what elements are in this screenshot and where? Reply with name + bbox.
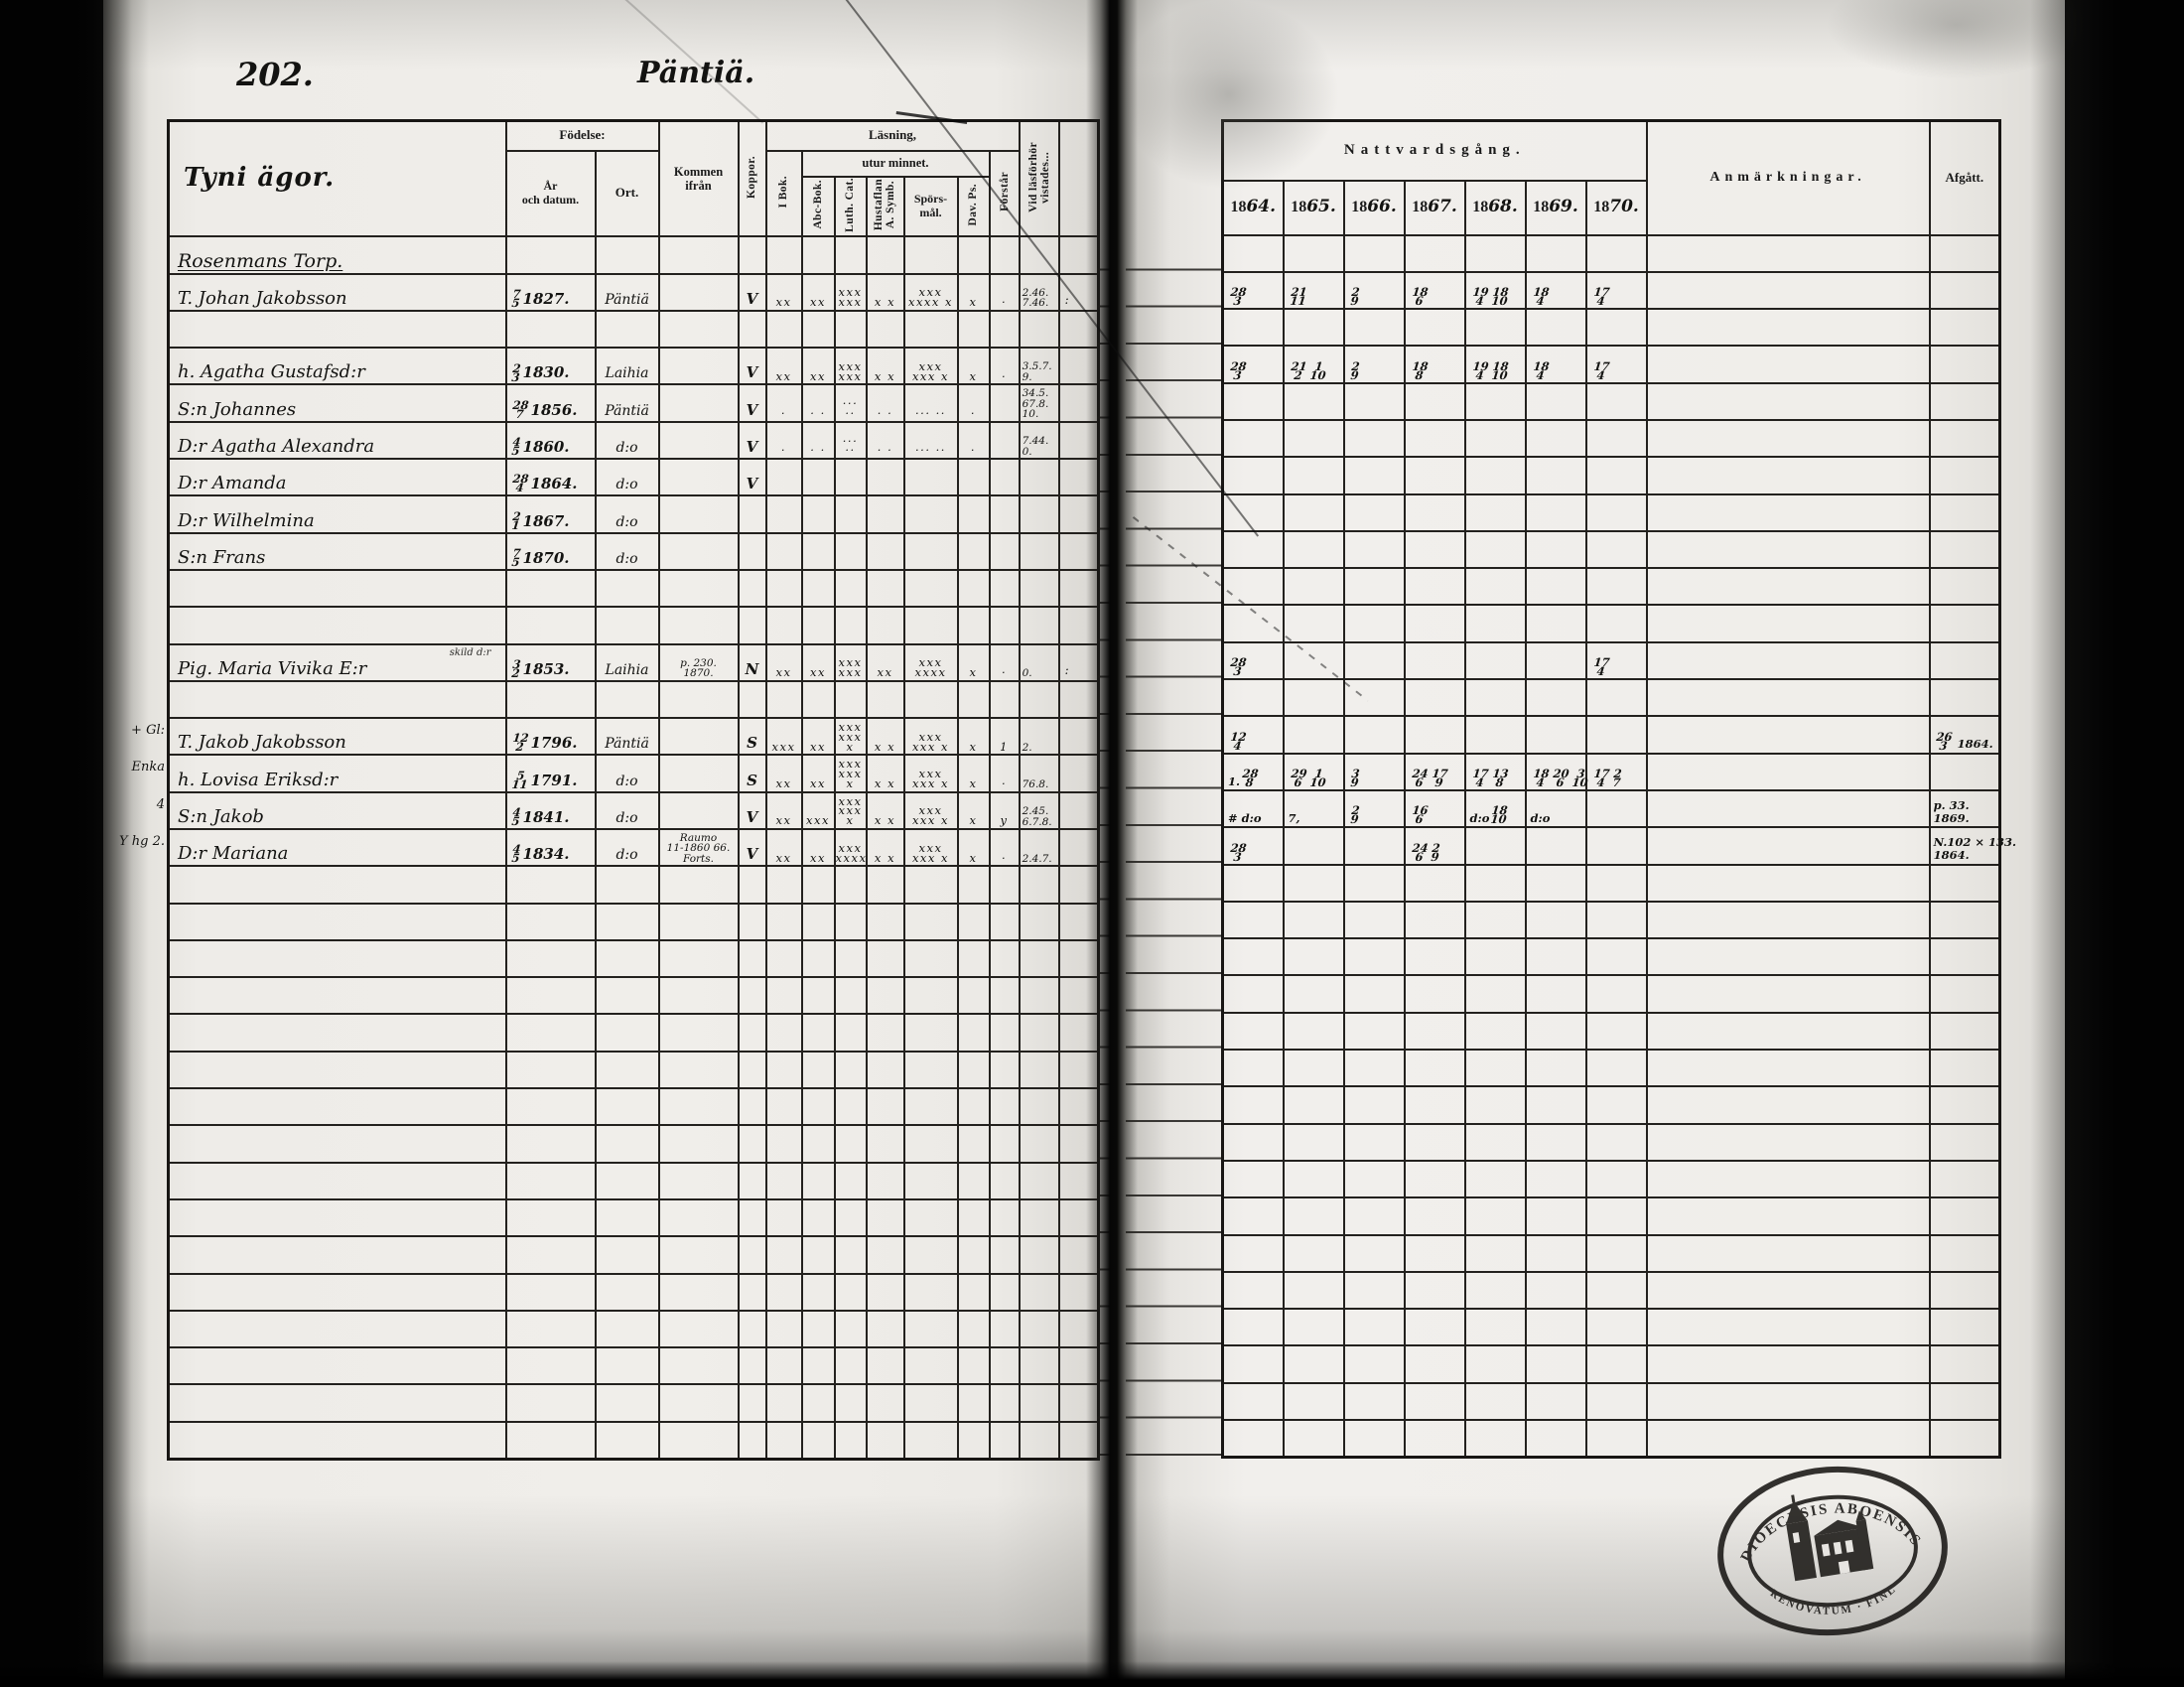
abc-book-header: Abc-Bok.: [802, 177, 835, 237]
handwritten-line: d:o1810: [1470, 806, 1525, 824]
handwritten-line: ··: [836, 446, 866, 456]
communion-cell: [1405, 1197, 1465, 1234]
handwritten-line: x: [959, 668, 989, 678]
reading-mark-cell: xxxxxxx x: [904, 274, 958, 311]
reading-mark-cell: [835, 1088, 867, 1125]
communion-cell: [1465, 383, 1526, 420]
communion-cell: [1586, 938, 1647, 975]
table-row: skild d:rPig. Maria Vivika E:r321853.Lai…: [169, 644, 1099, 681]
communion-cell: [1586, 865, 1647, 902]
scan-edge-right: [2030, 0, 2184, 1687]
communion-cell: 184206310: [1526, 754, 1586, 790]
handwritten-text: 186: [1410, 289, 1430, 308]
smallpox-cell: V: [739, 459, 766, 495]
smallpox-cell: [739, 681, 766, 718]
year-header: 1865.: [1284, 181, 1344, 235]
date-fraction: 212: [1290, 362, 1307, 380]
date-fraction: 110: [1309, 362, 1327, 380]
reading-mark-cell: [867, 1311, 904, 1347]
handwritten-line: 124: [1228, 733, 1283, 751]
handwritten-line: 184: [1531, 288, 1585, 306]
date-fraction: 1810: [1491, 362, 1509, 380]
reading-mark-cell: ·: [958, 422, 990, 459]
birth-date-cell: [506, 1014, 596, 1051]
communion-cell: # d:o: [1223, 790, 1284, 827]
remark-cell: [1647, 1345, 1930, 1382]
date-fraction: 75: [511, 549, 521, 567]
smallpox-cell: V: [739, 422, 766, 459]
communion-cell: [1586, 494, 1647, 531]
left-table-header: Tyni ägor. Födelse: Kommen ifrån Koppor.…: [169, 121, 1099, 237]
date-fraction: 29: [1350, 806, 1360, 824]
reading-mark-cell: [766, 1163, 802, 1199]
communion-cell: [1223, 1235, 1284, 1272]
reading-mark-cell: [958, 1088, 990, 1125]
come-from-cell: [659, 681, 739, 718]
handwritten-line: 7,: [1289, 809, 1343, 824]
communion-cell: [1284, 1272, 1344, 1309]
reading-mark-cell: xx: [802, 274, 835, 311]
reading-mark-cell: [835, 533, 867, 570]
smallpox-cell: [739, 1422, 766, 1459]
smallpox-cell: [739, 1274, 766, 1311]
date-fraction: 184: [1532, 362, 1550, 380]
name-cell: [169, 866, 506, 903]
handwritten-line: x: [959, 298, 989, 308]
handwritten-line: ··· ··: [905, 446, 957, 456]
reading-mark-cell: xx: [766, 792, 802, 829]
communion-cell: [1586, 827, 1647, 864]
birth-date-cell: [506, 1125, 596, 1162]
handwritten-line: x: [959, 779, 989, 789]
communion-cell: [1465, 1309, 1526, 1345]
name-cell: [169, 1052, 506, 1088]
communion-cell: [1465, 902, 1526, 938]
remark-cell: [1647, 902, 1930, 938]
birth-date-cell: [506, 1236, 596, 1273]
come-from-header: Kommen ifrån: [659, 121, 739, 237]
birth-place-cell: Päntiä: [596, 384, 659, 421]
departed-cell: [1930, 1383, 2000, 1420]
table-row: [1223, 309, 2000, 346]
come-from-cell: [659, 1014, 739, 1051]
birth-date-cell: 211867.: [506, 495, 596, 532]
handwritten-line: xx: [803, 298, 834, 308]
remark-cell: [1647, 1383, 1930, 1420]
departed-cell: [1930, 679, 2000, 716]
communion-cell: [1284, 1345, 1344, 1382]
departed-cell: [1930, 865, 2000, 902]
communion-cell: [1284, 679, 1344, 716]
birth-place-cell: [596, 1347, 659, 1384]
communion-cell: [1223, 531, 1284, 568]
communion-cell: [1586, 383, 1647, 420]
come-from-cell: p. 230.1870.: [659, 644, 739, 681]
birth-place-cell: d:o: [596, 755, 659, 791]
communion-cell: [1223, 457, 1284, 493]
departed-cell: [1930, 754, 2000, 790]
reading-mark-cell: [990, 236, 1020, 273]
smallpox-cell: [739, 236, 766, 273]
smallpox-cell: V: [739, 384, 766, 421]
name-cell: [169, 1199, 506, 1236]
communion-cell: [1526, 938, 1586, 975]
exam-note-cell: 34.5.67.8.10.: [1020, 384, 1059, 421]
communion-cell: [1344, 1272, 1405, 1309]
communion-cell: [1526, 1197, 1586, 1234]
reading-mark-cell: [867, 1052, 904, 1088]
reading-mark-cell: [990, 1199, 1020, 1236]
reading-mark-cell: [990, 311, 1020, 348]
communion-cell: [1223, 568, 1284, 605]
reading-mark-cell: [990, 384, 1020, 421]
reading-mark-cell: [904, 1199, 958, 1236]
handwritten-line: xxxx: [836, 854, 866, 864]
exam-note-cell: [1020, 459, 1059, 495]
date-fraction: 511: [511, 772, 529, 789]
exam-note-cell: [1020, 1163, 1059, 1199]
exam-note-cell: [1020, 533, 1059, 570]
reading-mark-cell: [904, 1236, 958, 1273]
date-fraction: 110: [1309, 770, 1327, 787]
communion-cell: [1586, 1161, 1647, 1197]
handwritten-line: Forts.: [660, 854, 738, 865]
date-fraction: 124: [1229, 733, 1247, 751]
communion-cell: [1405, 1086, 1465, 1123]
communion-cell: [1526, 420, 1586, 457]
reading-header: Läsning,: [766, 121, 1020, 151]
reading-mark-cell: [990, 495, 1020, 532]
reading-mark-cell: 1: [990, 718, 1020, 755]
communion-cell: [1465, 309, 1526, 346]
departed-cell: [1930, 383, 2000, 420]
left-page-table: Tyni ägor. Födelse: Kommen ifrån Koppor.…: [167, 119, 1100, 1461]
handwritten-line: xx: [767, 372, 801, 382]
reading-mark-cell: [867, 533, 904, 570]
reading-mark-cell: [835, 1347, 867, 1384]
exam-note-cell: [1020, 1088, 1059, 1125]
handwritten-line: x: [959, 743, 989, 753]
birth-place-cell: Laihia: [596, 644, 659, 681]
smallpox-cell: N: [739, 644, 766, 681]
communion-cell: [1526, 531, 1586, 568]
reading-mark-cell: [958, 904, 990, 940]
name-cell: skild d:rPig. Maria Vivika E:r: [169, 644, 506, 681]
name-cell: D:r Mariana: [169, 829, 506, 866]
communion-cell: [1405, 1013, 1465, 1050]
handwritten-line: xx: [803, 668, 834, 678]
birth-date-cell: [506, 1422, 596, 1459]
handwritten-line: 166: [1410, 806, 1464, 824]
exam-note-cell: [1020, 570, 1059, 607]
birth-date-cell: [506, 1274, 596, 1311]
birth-date-cell: 451834.: [506, 829, 596, 866]
communion-cell: [1405, 531, 1465, 568]
psalms-header-label: Dav. Ps.: [967, 184, 979, 226]
communion-cell: 124: [1223, 716, 1284, 753]
communion-cell: [1223, 420, 1284, 457]
communion-cell: [1344, 716, 1405, 753]
year-header: 1866.: [1344, 181, 1405, 235]
reading-mark-cell: [835, 1052, 867, 1088]
communion-cell: [1526, 1272, 1586, 1309]
diocese-stamp: DIOECESIS ABOENSIS RENOVATUM · FINL: [1713, 1460, 1952, 1643]
departed-cell: [1930, 1013, 2000, 1050]
reading-mark-cell: [904, 1347, 958, 1384]
reading-mark-cell: [990, 422, 1020, 459]
name-cell: D:r Wilhelmina: [169, 495, 506, 532]
reading-mark-cell: x: [958, 348, 990, 384]
handwritten-text: 23: [510, 362, 522, 381]
communion-cell: [1344, 902, 1405, 938]
communion-cell: [1344, 827, 1405, 864]
birth-place-cell: d:o: [596, 495, 659, 532]
reading-mark-cell: xxxxxxx: [835, 829, 867, 866]
handwritten-line: ··: [836, 409, 866, 419]
reading-mark-cell: [766, 1311, 802, 1347]
communion-cell: [1405, 975, 1465, 1012]
communion-cell: [1344, 1197, 1405, 1234]
date-fraction: 166: [1411, 806, 1429, 824]
reading-mark-cell: [802, 311, 835, 348]
reading-mark-cell: ·: [990, 644, 1020, 681]
reading-mark-cell: [990, 1052, 1020, 1088]
smallpox-cell: [739, 977, 766, 1014]
reading-mark-cell: [835, 940, 867, 977]
date-fraction: 194: [1471, 288, 1489, 306]
reading-mark-cell: [990, 977, 1020, 1014]
handwritten-line: ·: [991, 298, 1019, 308]
handwritten-text: 1.288: [1228, 771, 1260, 789]
table-row: [1223, 457, 2000, 493]
handwritten-line: 7.44.: [1023, 436, 1058, 447]
communion-cell: [1344, 938, 1405, 975]
exam-note-cell: [1020, 940, 1059, 977]
handwritten-line: xx: [803, 779, 834, 789]
communion-cell: [1586, 309, 1647, 346]
come-from-cell: [659, 1236, 739, 1273]
reading-mark-cell: [766, 1274, 802, 1311]
exam-note-cell: [1020, 311, 1059, 348]
reading-mark-cell: ·: [766, 422, 802, 459]
table-row: [1223, 1235, 2000, 1272]
date-fraction: 1810: [1491, 806, 1509, 824]
handwritten-line: 186: [1410, 288, 1464, 306]
birth-date-cell: 2871856.: [506, 384, 596, 421]
reading-mark-cell: xx: [766, 348, 802, 384]
remark-cell: [1647, 605, 1930, 641]
communion-cell: [1526, 1013, 1586, 1050]
communion-cell: [1465, 605, 1526, 641]
remark-cell: [1647, 1013, 1930, 1050]
departed-cell: [1930, 975, 2000, 1012]
communion-cell: [1465, 1235, 1526, 1272]
communion-cell: [1344, 531, 1405, 568]
name-cell: [169, 1311, 506, 1347]
birth-date-cell: [506, 1088, 596, 1125]
birth-date-cell: 451860.: [506, 422, 596, 459]
remark-cell: [1647, 383, 1930, 420]
year-header: 1867.: [1405, 181, 1465, 235]
smallpox-cell: [739, 1052, 766, 1088]
reading-mark-cell: [904, 495, 958, 532]
come-from-cell: [659, 1088, 739, 1125]
communion-cell: [1526, 975, 1586, 1012]
exam-note-cell: [1020, 1311, 1059, 1347]
communion-cell: [1526, 494, 1586, 531]
table-row: h. Agatha Gustafsd:r231830.LaihiaVxxxxxx…: [169, 348, 1099, 384]
handwritten-text: 39: [1349, 771, 1361, 789]
communion-cell: [1465, 1345, 1526, 1382]
departed-header: Afgått.: [1930, 121, 2000, 235]
communion-cell: [1465, 865, 1526, 902]
table-row: [169, 1384, 1099, 1421]
year-header: 1864.: [1223, 181, 1284, 235]
reading-mark-cell: [867, 607, 904, 643]
remark-cell: [1647, 1420, 1930, 1457]
birth-place-cell: d:o: [596, 422, 659, 459]
exam-note-cell: [1020, 1274, 1059, 1311]
communion-cell: 184: [1526, 272, 1586, 309]
questions-header: Spörs- mål.: [904, 177, 958, 237]
reading-mark-cell: [835, 1422, 867, 1459]
birth-place-cell: [596, 311, 659, 348]
reading-mark-cell: [904, 940, 958, 977]
handwritten-text: 174138: [1470, 771, 1510, 789]
handwritten-line: 2.45.: [1023, 806, 1058, 817]
communion-cell: [1586, 1309, 1647, 1345]
communion-cell: [1405, 457, 1465, 493]
reading-mark-cell: [867, 681, 904, 718]
communion-cell: [1284, 494, 1344, 531]
reading-mark-cell: [904, 533, 958, 570]
handwritten-line: xxxx x: [905, 298, 957, 308]
exam-attendance-header-label: Vid läsförhör vistades...: [1027, 142, 1051, 212]
remark-cell: [1647, 346, 1930, 382]
departed-cell: [1930, 1345, 2000, 1382]
communion-cell: [1284, 1420, 1344, 1457]
reading-mark-cell: [835, 1125, 867, 1162]
reading-mark-cell: ··· ··: [904, 422, 958, 459]
reading-mark-cell: [958, 607, 990, 643]
reading-mark-cell: [990, 1274, 1020, 1311]
birth-place-cell: [596, 1422, 659, 1459]
come-from-cell: [659, 348, 739, 384]
smallpox-cell: [739, 533, 766, 570]
exam-note-cell: 2.4.7.: [1020, 829, 1059, 866]
communion-cell: [1223, 1383, 1284, 1420]
reading-mark-cell: [958, 940, 990, 977]
handwritten-text: 122: [510, 733, 530, 752]
name-cell: S:n Jakob: [169, 792, 506, 829]
communion-cell: 188: [1405, 346, 1465, 382]
communion-cell: [1405, 902, 1465, 938]
departed-cell: [1930, 902, 2000, 938]
reading-mark-cell: · ·: [867, 422, 904, 459]
communion-cell: [1586, 1383, 1647, 1420]
communion-cell: [1526, 1309, 1586, 1345]
date-fraction: 246: [1411, 844, 1429, 862]
reading-mark-cell: [867, 1236, 904, 1273]
reading-mark-cell: [802, 1274, 835, 1311]
communion-cell: [1344, 1050, 1405, 1086]
communion-cell: [1526, 679, 1586, 716]
remark-cell: [1647, 272, 1930, 309]
come-from-cell: [659, 1347, 739, 1384]
table-row: [1223, 975, 2000, 1012]
right-table-header: Nattvardsgång. Anmärkningar. Afgått. 186…: [1223, 121, 2000, 235]
departed-cell: [1930, 309, 2000, 346]
table-row: [169, 1088, 1099, 1125]
reading-mark-cell: [990, 1088, 1020, 1125]
name-cell: T. Johan Jakobsson: [169, 274, 506, 311]
communion-cell: [1586, 716, 1647, 753]
departed-cell: [1930, 1309, 2000, 1345]
name-cell: h. Lovisa Eriksd:r: [169, 755, 506, 791]
communion-cell: [1586, 1013, 1647, 1050]
reading-mark-cell: ·: [958, 384, 990, 421]
reading-mark-cell: [990, 1311, 1020, 1347]
table-row: [169, 1052, 1099, 1088]
table-row: [1223, 494, 2000, 531]
table-row: [1223, 679, 2000, 716]
handwritten-line: x x: [868, 743, 903, 753]
communion-cell: [1526, 902, 1586, 938]
departed-cell: N.102 × 133.1864.: [1930, 827, 2000, 864]
reading-mark-cell: xxxxxxx: [904, 644, 958, 681]
reading-mark-cell: [835, 904, 867, 940]
handwritten-line: 1869.: [1934, 812, 1999, 825]
communion-cell: 1941810: [1465, 346, 1526, 382]
communion-header: Nattvardsgång.: [1223, 121, 1647, 181]
departed-cell: [1930, 272, 2000, 309]
date-fraction: 29: [1350, 288, 1360, 306]
table-row: [169, 607, 1099, 643]
remark-cell: [1647, 457, 1930, 493]
reading-mark-cell: [766, 1422, 802, 1459]
reading-mark-cell: [766, 459, 802, 495]
communion-cell: [1284, 716, 1344, 753]
reading-mark-cell: xxxxxx x: [904, 718, 958, 755]
table-row: [1223, 383, 2000, 420]
communion-cell: 1941810: [1465, 272, 1526, 309]
date-fraction: 45: [511, 808, 521, 826]
reading-mark-cell: [766, 607, 802, 643]
communion-cell: [1223, 865, 1284, 902]
communion-cell: [1405, 1420, 1465, 1457]
communion-cell: [1344, 975, 1405, 1012]
date-fraction: 310: [1571, 770, 1589, 787]
communion-cell: [1344, 679, 1405, 716]
reading-mark-cell: [867, 1384, 904, 1421]
date-fraction: 2111: [1290, 288, 1307, 306]
handwritten-line: x x: [868, 816, 903, 826]
date-fraction: 288: [1241, 770, 1259, 787]
reading-mark-cell: xxx: [802, 792, 835, 829]
exam-note-cell: [1020, 977, 1059, 1014]
remark-cell: [1647, 1050, 1930, 1086]
handwritten-line: ·: [991, 372, 1019, 382]
communion-cell: [1284, 1235, 1344, 1272]
reading-mark-cell: · ·: [867, 384, 904, 421]
communion-cell: [1526, 642, 1586, 679]
table-row: 2832111291861941810184174: [1223, 272, 2000, 309]
reading-mark-cell: [958, 1311, 990, 1347]
communion-cell: [1284, 1086, 1344, 1123]
reading-mark-cell: [802, 1052, 835, 1088]
smallpox-cell: V: [739, 274, 766, 311]
smallpox-cell: S: [739, 718, 766, 755]
